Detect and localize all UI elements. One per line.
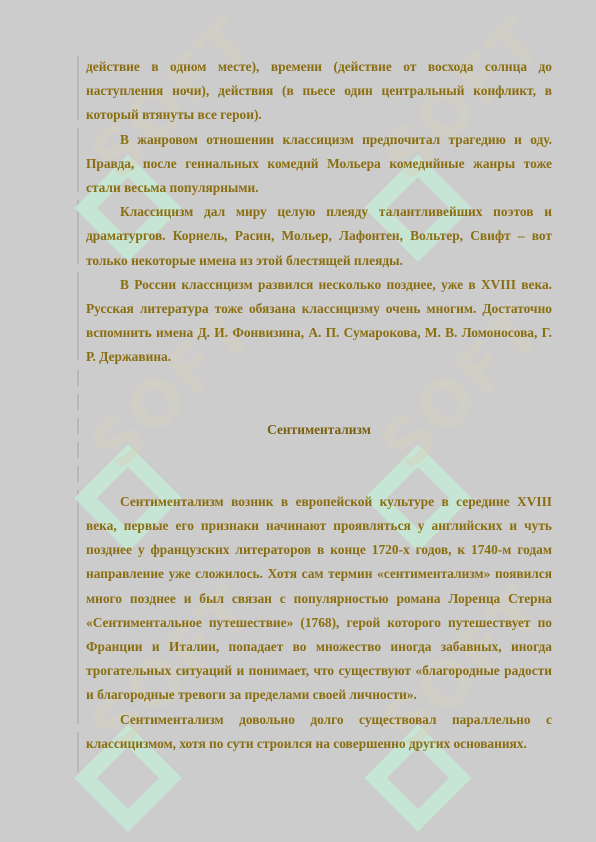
paragraph: В жанровом отношении классицизм предпочи… xyxy=(86,128,552,201)
paragraph: действие в одном месте), времени (действ… xyxy=(86,55,552,128)
document-page: SOFT SOFT SOFT SOFT SOFT SOFT действие в… xyxy=(0,0,596,842)
margin-change-bar xyxy=(77,418,79,434)
margin-change-bar xyxy=(77,56,79,120)
paragraph: Сентиментализм довольно долго существова… xyxy=(86,708,552,756)
margin-change-bar xyxy=(77,442,79,458)
margin-change-bar xyxy=(77,200,79,264)
margin-change-bar xyxy=(77,272,79,360)
paragraph: Классицизм дал миру целую плеяду талантл… xyxy=(86,200,552,273)
paragraph: В России классицизм развился несколько п… xyxy=(86,273,552,370)
margin-change-bar xyxy=(77,732,79,772)
margin-change-bar xyxy=(77,370,79,386)
paragraph: Сентиментализм возник в европейской куль… xyxy=(86,490,552,708)
section-heading: Сентиментализм xyxy=(86,418,552,442)
margin-change-bar xyxy=(77,490,79,724)
margin-change-bar xyxy=(77,466,79,482)
margin-change-bar xyxy=(77,394,79,410)
margin-change-bar xyxy=(77,128,79,192)
document-body: действие в одном месте), времени (действ… xyxy=(86,55,552,756)
